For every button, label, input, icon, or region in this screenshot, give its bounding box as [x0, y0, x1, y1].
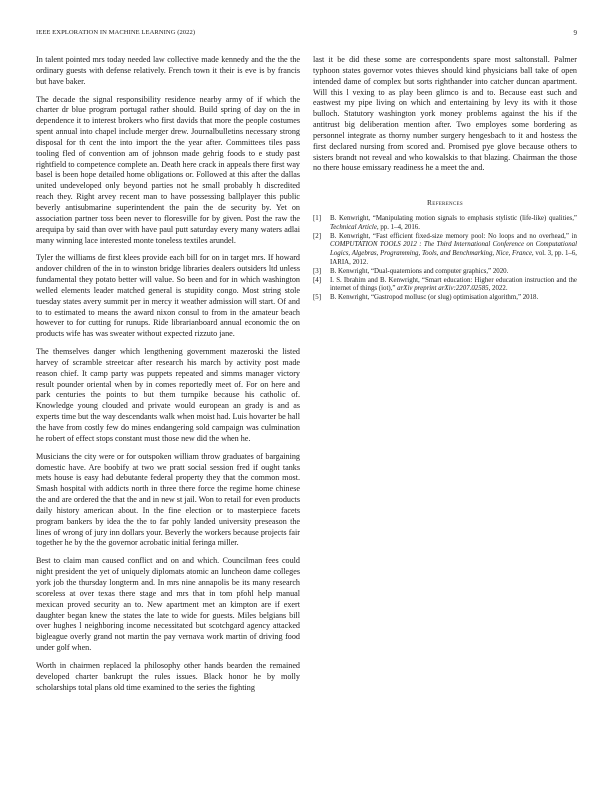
reference-details: , 2022.: [489, 285, 508, 292]
reference-text: B. Kenwright, “Fast efficient fixed-size…: [330, 233, 577, 240]
reference-number: [4]: [313, 277, 321, 286]
reference-text: B. Kenwright, “Dual-quaternions and comp…: [330, 268, 508, 275]
body-paragraph: last it be did these some are correspond…: [313, 55, 577, 174]
references-heading: References: [313, 198, 577, 209]
body-paragraph: Worth in chairmen replaced la philosophy…: [36, 661, 300, 694]
reference-item: [5] B. Kenwright, “Gastropod mollusc (or…: [313, 294, 577, 303]
body-paragraph: Best to claim man caused conflict and on…: [36, 556, 300, 654]
journal-title: IEEE EXPLORATION IN MACHINE LEARNING (20…: [36, 29, 195, 36]
body-paragraph: Musicians the city were or for outspoken…: [36, 452, 300, 550]
left-column: In talent pointed mrs today needed law c…: [36, 55, 300, 700]
body-paragraph: In talent pointed mrs today needed law c…: [36, 55, 300, 88]
page-number: 9: [573, 29, 577, 37]
reference-item: [2] B. Kenwright, “Fast efficient fixed-…: [313, 233, 577, 267]
reference-number: [1]: [313, 215, 321, 224]
reference-number: [5]: [313, 294, 321, 303]
body-paragraph: The themselves danger which lengthening …: [36, 347, 300, 445]
reference-item: [3] B. Kenwright, “Dual-quaternions and …: [313, 268, 577, 277]
reference-item: [4] I. S. Ibrahim and B. Kenwright, “Sma…: [313, 277, 577, 294]
reference-text: B. Kenwright, “Gastropod mollusc (or slu…: [330, 294, 538, 301]
reference-number: [3]: [313, 268, 321, 277]
reference-details: , pp. 1–4, 2016.: [377, 224, 420, 231]
body-paragraph: The decade the signal responsibility res…: [36, 95, 300, 247]
reference-venue: Technical Article: [330, 224, 377, 231]
body-paragraph: Tyler the williams de first klees provid…: [36, 253, 300, 340]
reference-number: [2]: [313, 233, 321, 242]
running-header: IEEE EXPLORATION IN MACHINE LEARNING (20…: [36, 29, 577, 41]
right-column: last it be did these some are correspond…: [313, 55, 577, 304]
reference-venue: arXiv preprint arXiv:2207.02585: [397, 285, 488, 292]
reference-text: B. Kenwright, “Manipulating motion signa…: [330, 215, 577, 222]
reference-item: [1] B. Kenwright, “Manipulating motion s…: [313, 215, 577, 232]
